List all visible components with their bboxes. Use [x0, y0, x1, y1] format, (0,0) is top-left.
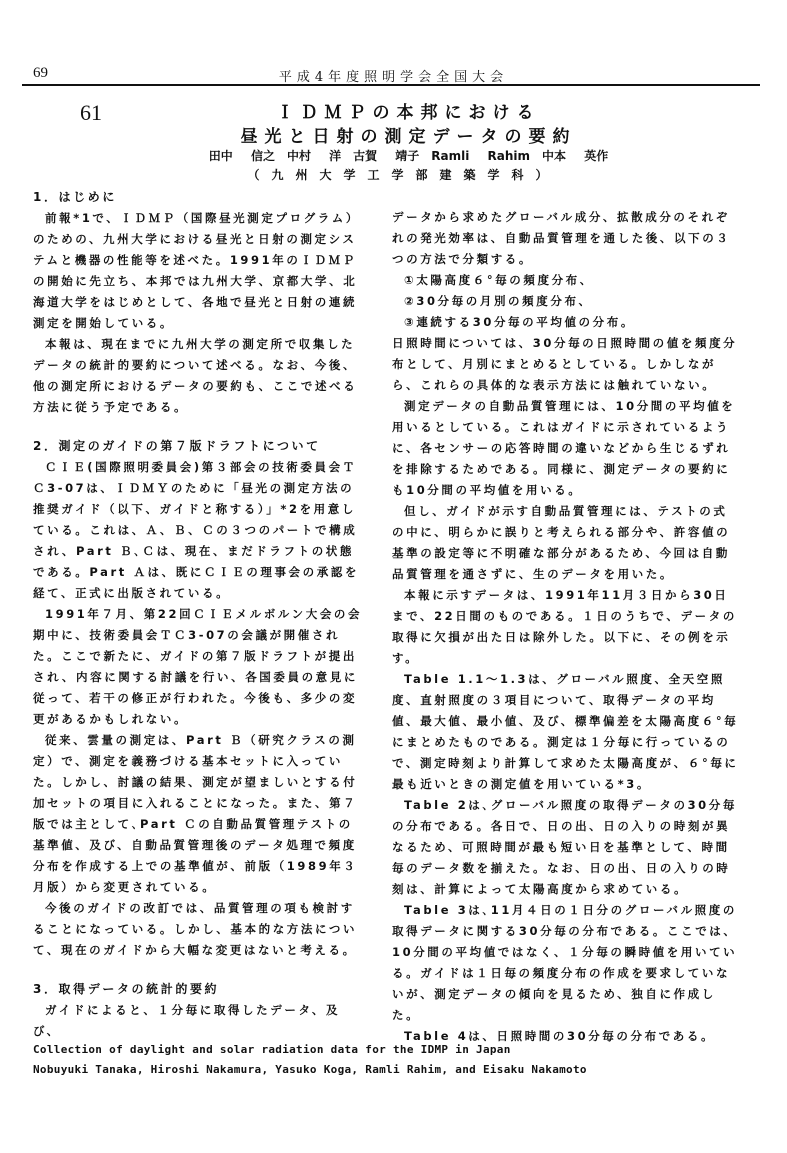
authors: 田中 信之 中村 洋 古賀 靖子 Ramli Rahim 中本 英作	[0, 147, 787, 164]
english-title: Collection of daylight and solar radiati…	[33, 1043, 511, 1056]
list-item: ②30分毎の月別の頻度分布、	[392, 291, 740, 312]
paragraph: Table 2は､グローバル照度の取得データの30分毎の分布である。各日で、日の…	[392, 795, 740, 900]
paragraph: 日照時間については、30分毎の日照時間の値を頻度分布として、月別にまとめるとして…	[392, 333, 740, 396]
paragraph: 本報は、現在までに九州大学の測定所で収集したデータの統計的要約について述べる。な…	[33, 334, 363, 418]
paragraph: 今後のガイドの改訂では、品質管理の項も検討することになっている。しかし、基本的な…	[33, 898, 363, 961]
english-authors: Nobuyuki Tanaka, Hiroshi Nakamura, Yasuk…	[33, 1063, 587, 1076]
running-head: 平成4年度照明学会全国大会	[0, 66, 787, 85]
paragraph: 1991年７月、第22回ＣＩＥメルボルン大会の会期中に、技術委員会ＴＣ3-07の…	[33, 604, 363, 730]
paper-title-line2: 昼光と日射の測定データの要約	[0, 122, 787, 147]
header-rule	[22, 84, 760, 86]
section-1-heading: 1．はじめに	[33, 187, 363, 208]
right-column: データから求めたグローバル成分、拡散成分のそれぞれの発光効率は、自動品質管理を通…	[392, 207, 740, 1047]
affiliation: （九州大学工学部建築学科）	[0, 166, 787, 183]
paragraph: Table 3は､11月４日の１日分のグローバル照度の取得データに関する30分毎…	[392, 900, 740, 1026]
paragraph: 前報*1で、ＩＤＭＰ（国際昼光測定プログラム）のための、九州大学における昼光と日…	[33, 208, 363, 334]
list-item: ③連続する30分毎の平均値の分布。	[392, 312, 740, 333]
paragraph: Table 1.1～1.3は、グローバル照度、全天空照度、直射照度の３項目につい…	[392, 669, 740, 795]
list-item: ①太陽高度６°毎の頻度分布、	[392, 270, 740, 291]
paragraph: ＣＩＥ(国際照明委員会)第３部会の技術委員会ＴＣ3-07は、ＩＤＭＹのために「昼…	[33, 457, 363, 604]
paragraph: 本報に示すデータは、1991年11月３日から30日まで、22日間のものである。１…	[392, 585, 740, 669]
paragraph: データから求めたグローバル成分、拡散成分のそれぞれの発光効率は、自動品質管理を通…	[392, 207, 740, 270]
paper-title-line1: ＩＤＭＰの本邦における	[0, 98, 787, 123]
section-2-heading: 2．測定のガイドの第７版ドラフトについて	[33, 436, 363, 457]
paragraph: 測定データの自動品質管理には、10分間の平均値を用いるとしている。これはガイドに…	[392, 396, 740, 501]
paragraph: 但し、ガイドが示す自動品質管理には、テストの式の中に、明らかに誤りと考えられる部…	[392, 501, 740, 585]
paragraph: ガイドによると、１分毎に取得したデータ、及び、	[33, 1000, 363, 1042]
section-3-heading: 3．取得データの統計的要約	[33, 979, 363, 1000]
paragraph: 従来、雲量の測定は、Part Ｂ（研究クラスの測定）で、測定を義務づける基本セッ…	[33, 730, 363, 898]
left-column: 1．はじめに 前報*1で、ＩＤＭＰ（国際昼光測定プログラム）のための、九州大学に…	[33, 187, 363, 1042]
